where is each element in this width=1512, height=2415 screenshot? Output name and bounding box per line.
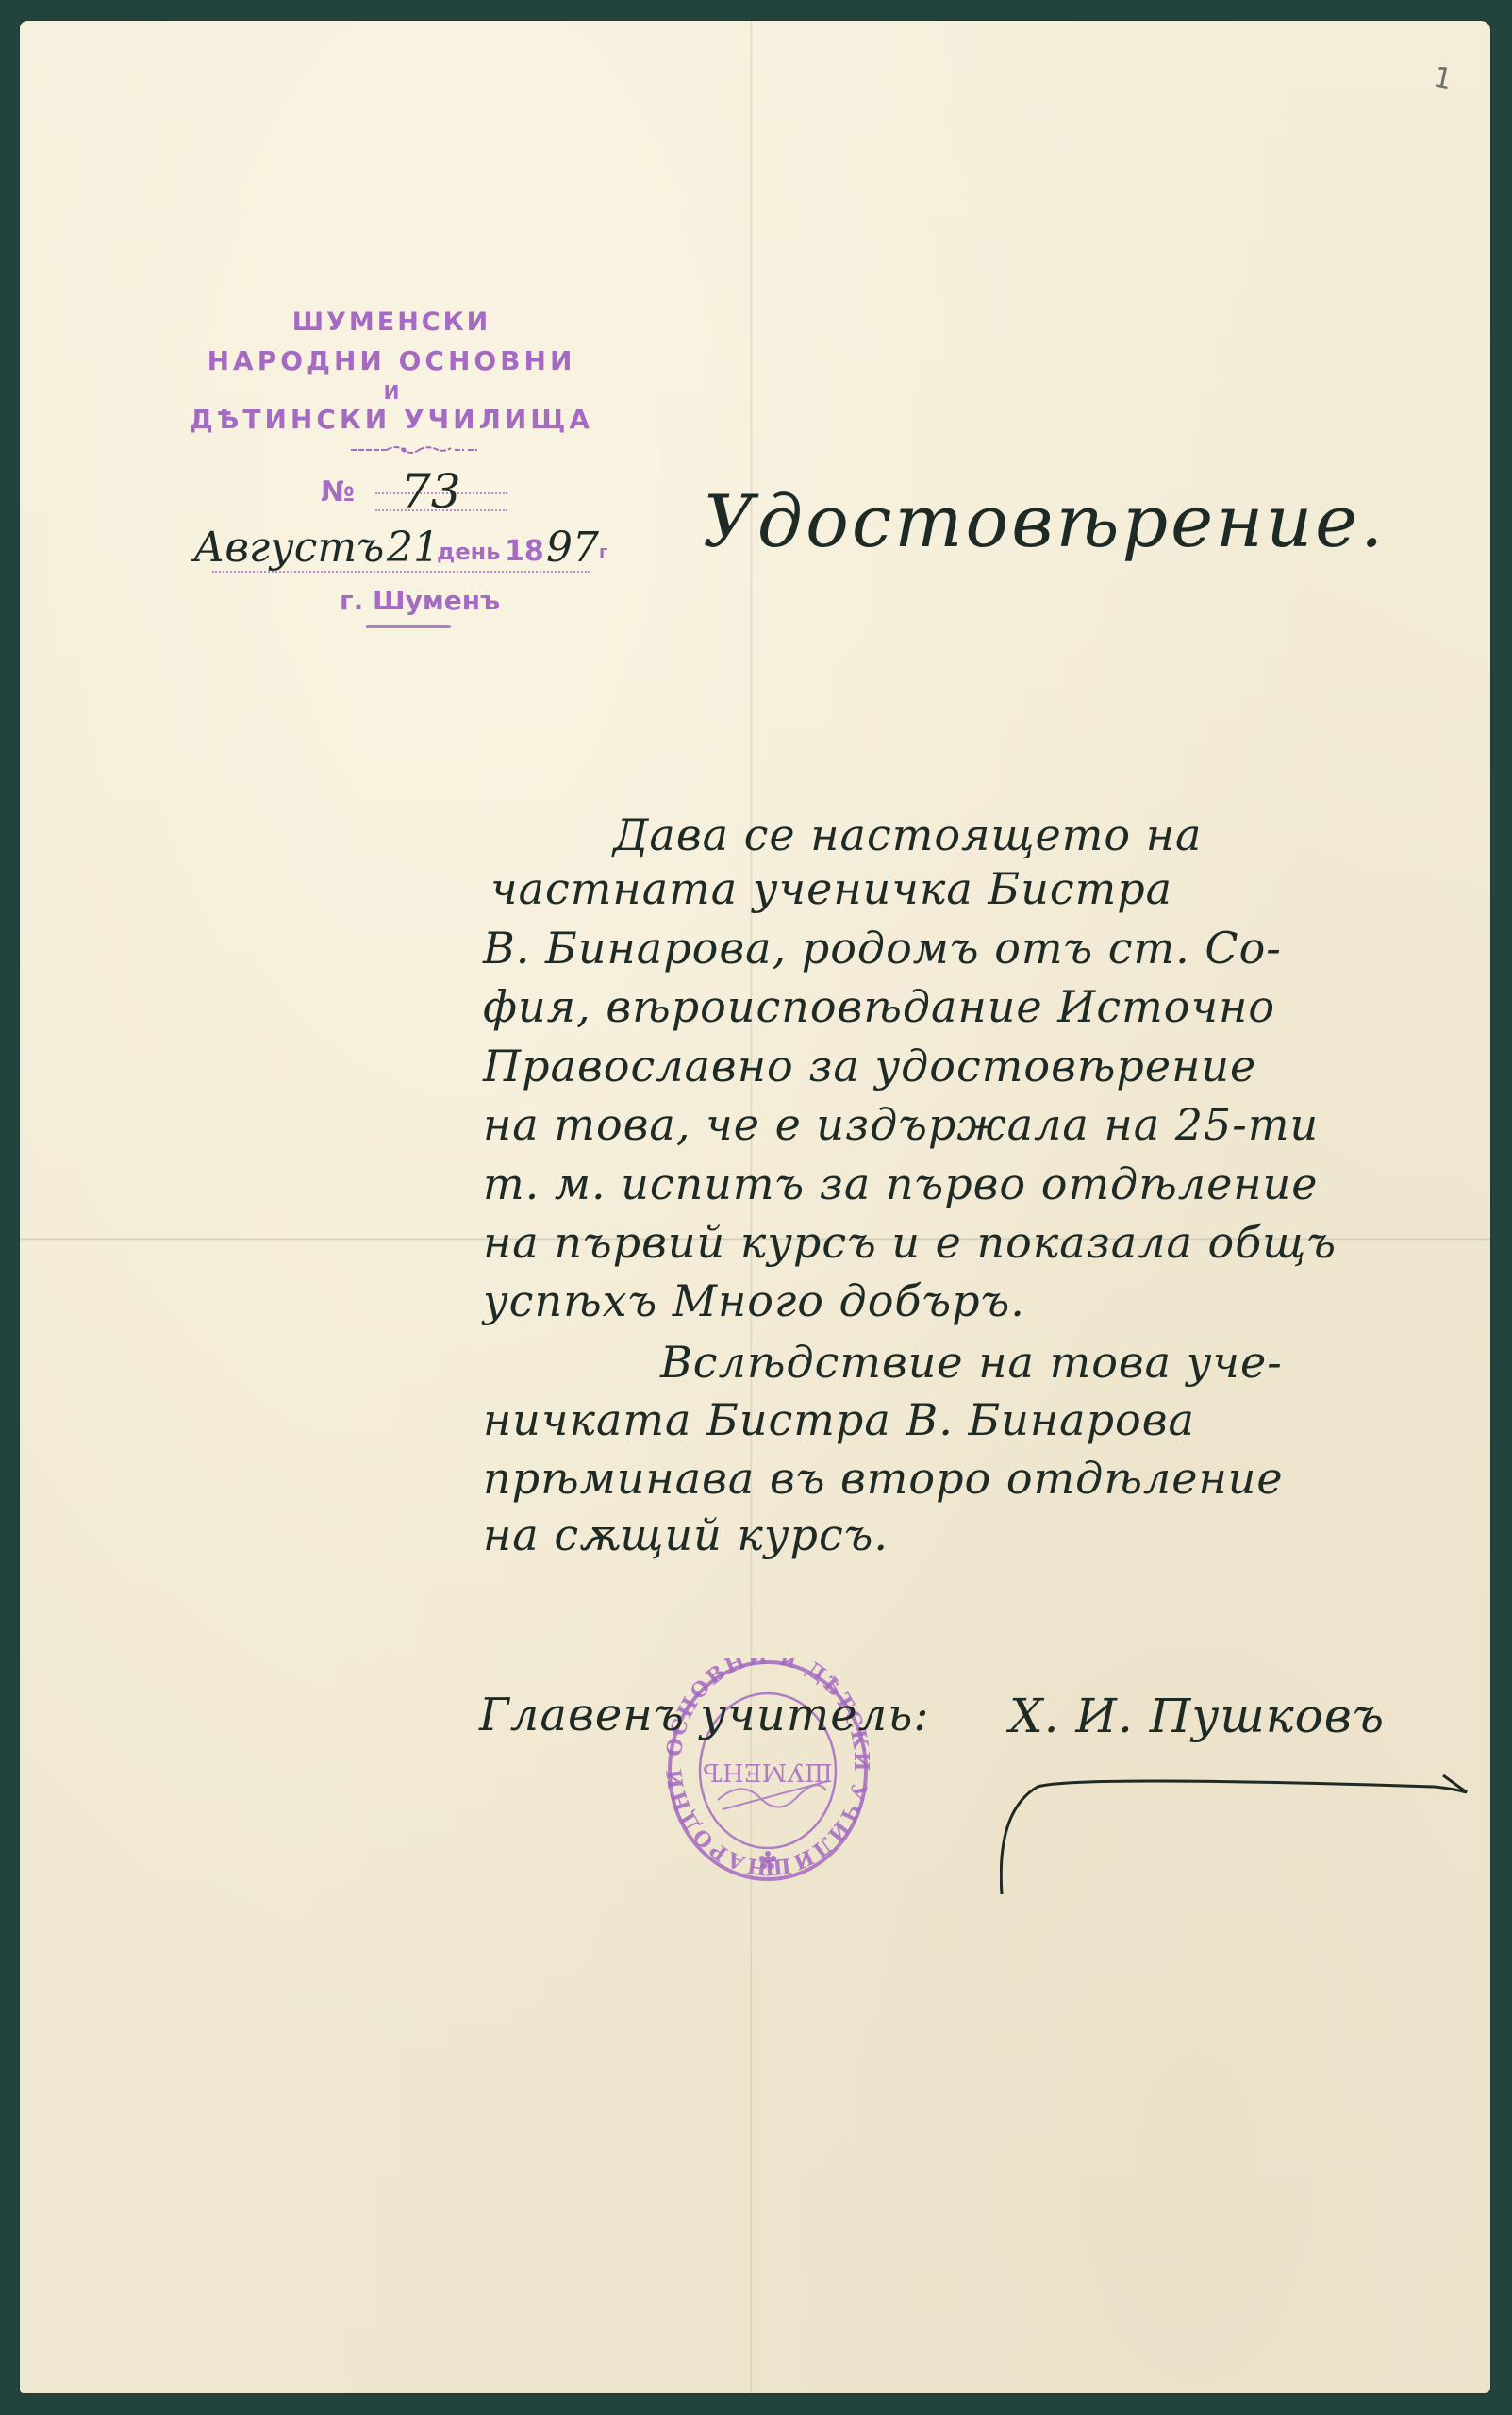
body-line: Православно за удостовѣрение [483,1041,1256,1091]
date-day-label: день [437,539,500,565]
body-line: успѣхъ Много добъръ. [483,1275,1025,1326]
body-line: Вслѣдствие на това уче- [660,1337,1283,1388]
body-line: на това, че е издържала на 25-ти [483,1099,1319,1150]
body-line: на сѫщий курсъ. [483,1509,889,1560]
date-year-printed: 18 [505,535,544,568]
signature-label: Главенъ учитель: [479,1689,930,1741]
signature-flourish-icon [1000,1774,1471,1896]
body-line: частната ученичка Бистра [490,863,1172,914]
date-year-handwritten: 97 [546,524,599,572]
body-line: Дава се настоящето на [613,809,1202,860]
letterhead-city: г. Шуменъ [340,585,500,616]
body-line: В. Бинарова, родомъ отъ ст. Со- [483,923,1282,974]
document-number: 73 [401,464,461,519]
letterhead-line-4: ДѢТИНСКИ УЧИЛИЩА [179,404,604,435]
letterhead-rule [366,625,451,628]
date-year-suffix: г [599,542,607,562]
seal-center-text: ШУМЕНЪ [703,1757,832,1786]
ornament-flourish-icon [349,443,481,457]
body-line: прѣминава въ второ отдѣление [483,1453,1284,1504]
document-number-row: № 73 [321,472,519,519]
body-line: на първий курсъ и е показала общъ [483,1217,1337,1268]
date-month: Августъ [193,524,384,572]
body-line: т. м. испитъ за първо отдѣление [483,1158,1318,1209]
dotted-line [212,571,590,573]
number-sign: № [321,475,355,508]
body-line: ничката Бистра В. Бинарова [483,1394,1195,1445]
signature-name: Х. И. Пушковъ [1009,1689,1385,1743]
letterhead-line-1: ШУМЕНСКИ [179,308,604,337]
date-day: 21 [387,524,440,572]
body-line: фия, вѣроисповѣдание Источно [483,981,1275,1032]
document-title: Удостовѣрение. [703,479,1386,563]
letterhead-line-2: НАРОДНИ ОСНОВНИ [179,345,604,376]
date-row: Августъ 21 день 18 97 г [193,524,608,580]
letterhead-line-3: И [179,381,604,404]
